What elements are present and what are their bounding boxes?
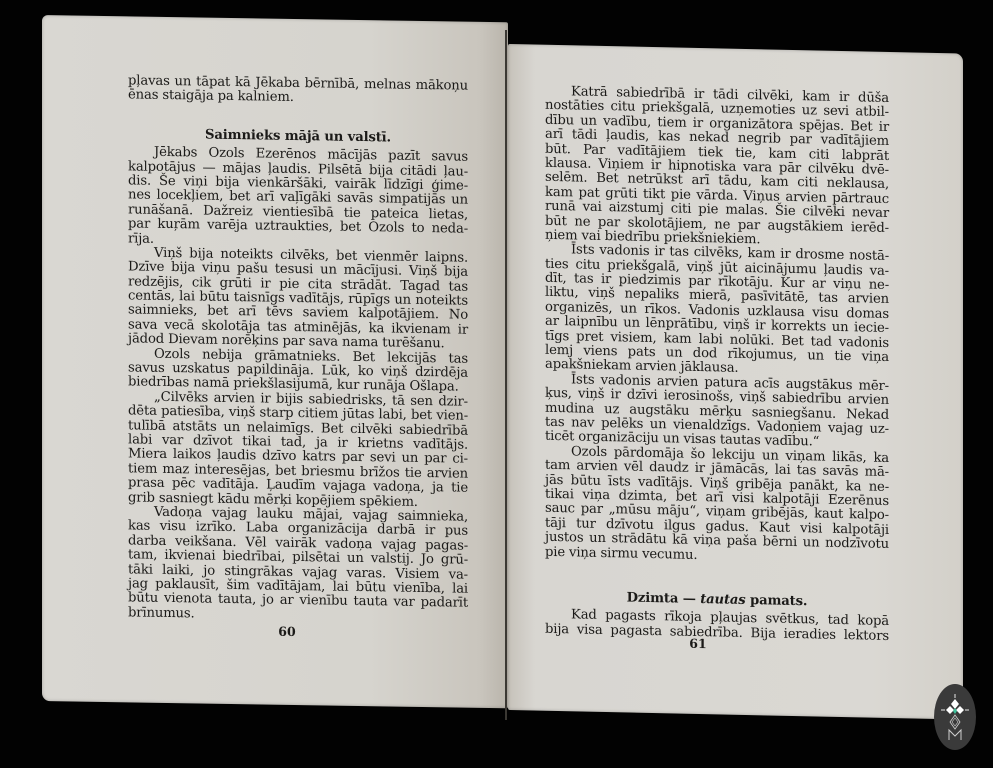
paragraph: Jēkabs Ozols Ezerēnos mācījās pazīt savu… bbox=[128, 146, 468, 252]
paragraph: Viņš bija noteikts cilvēks, bet vienmēr … bbox=[128, 246, 468, 352]
heading-part: pamats. bbox=[746, 593, 808, 609]
folk-ornament-icon bbox=[934, 684, 976, 750]
right-page: Katrā sabiedrībā ir tādi cilvēki, kam ir… bbox=[508, 44, 963, 720]
heading-part-italic: tautas bbox=[700, 592, 745, 608]
left-page: pļavas un tāpat kā Jēkaba bērnībā, melna… bbox=[42, 15, 508, 708]
paragraph: „Cilvēks arvien ir bijis sabiedrisks, tā… bbox=[128, 390, 468, 510]
paragraph: Īsts vadonis ir tas cilvēks, kam ir dros… bbox=[545, 243, 889, 380]
heading-part: Dzimta — bbox=[627, 590, 701, 607]
watermark-logo bbox=[934, 684, 976, 750]
paragraph: Īsts vadonis arvien patura acīs augstāku… bbox=[545, 373, 889, 452]
paragraph: Vadoņa vajag lauku mājai, vajag saimniek… bbox=[128, 505, 468, 625]
page-number: 60 bbox=[257, 623, 317, 639]
paragraph: Ozols pārdomāja šo lekciju un viņam likā… bbox=[545, 445, 889, 567]
left-page-text: pļavas un tāpat kā Jēkaba bērnībā, melna… bbox=[128, 74, 468, 625]
paragraph: Katrā sabiedrībā ir tādi cilvēki, kam ir… bbox=[545, 85, 889, 251]
right-page-text: Katrā sabiedrībā ir tādi cilvēki, kam ir… bbox=[545, 85, 889, 644]
book-gutter bbox=[505, 30, 507, 720]
section-heading: Saimnieks mājā un valstī. bbox=[128, 127, 468, 147]
paragraph: Ozols nebija grāmatnieks. Bet lekcijās t… bbox=[128, 347, 468, 396]
page-number: 61 bbox=[668, 635, 728, 651]
